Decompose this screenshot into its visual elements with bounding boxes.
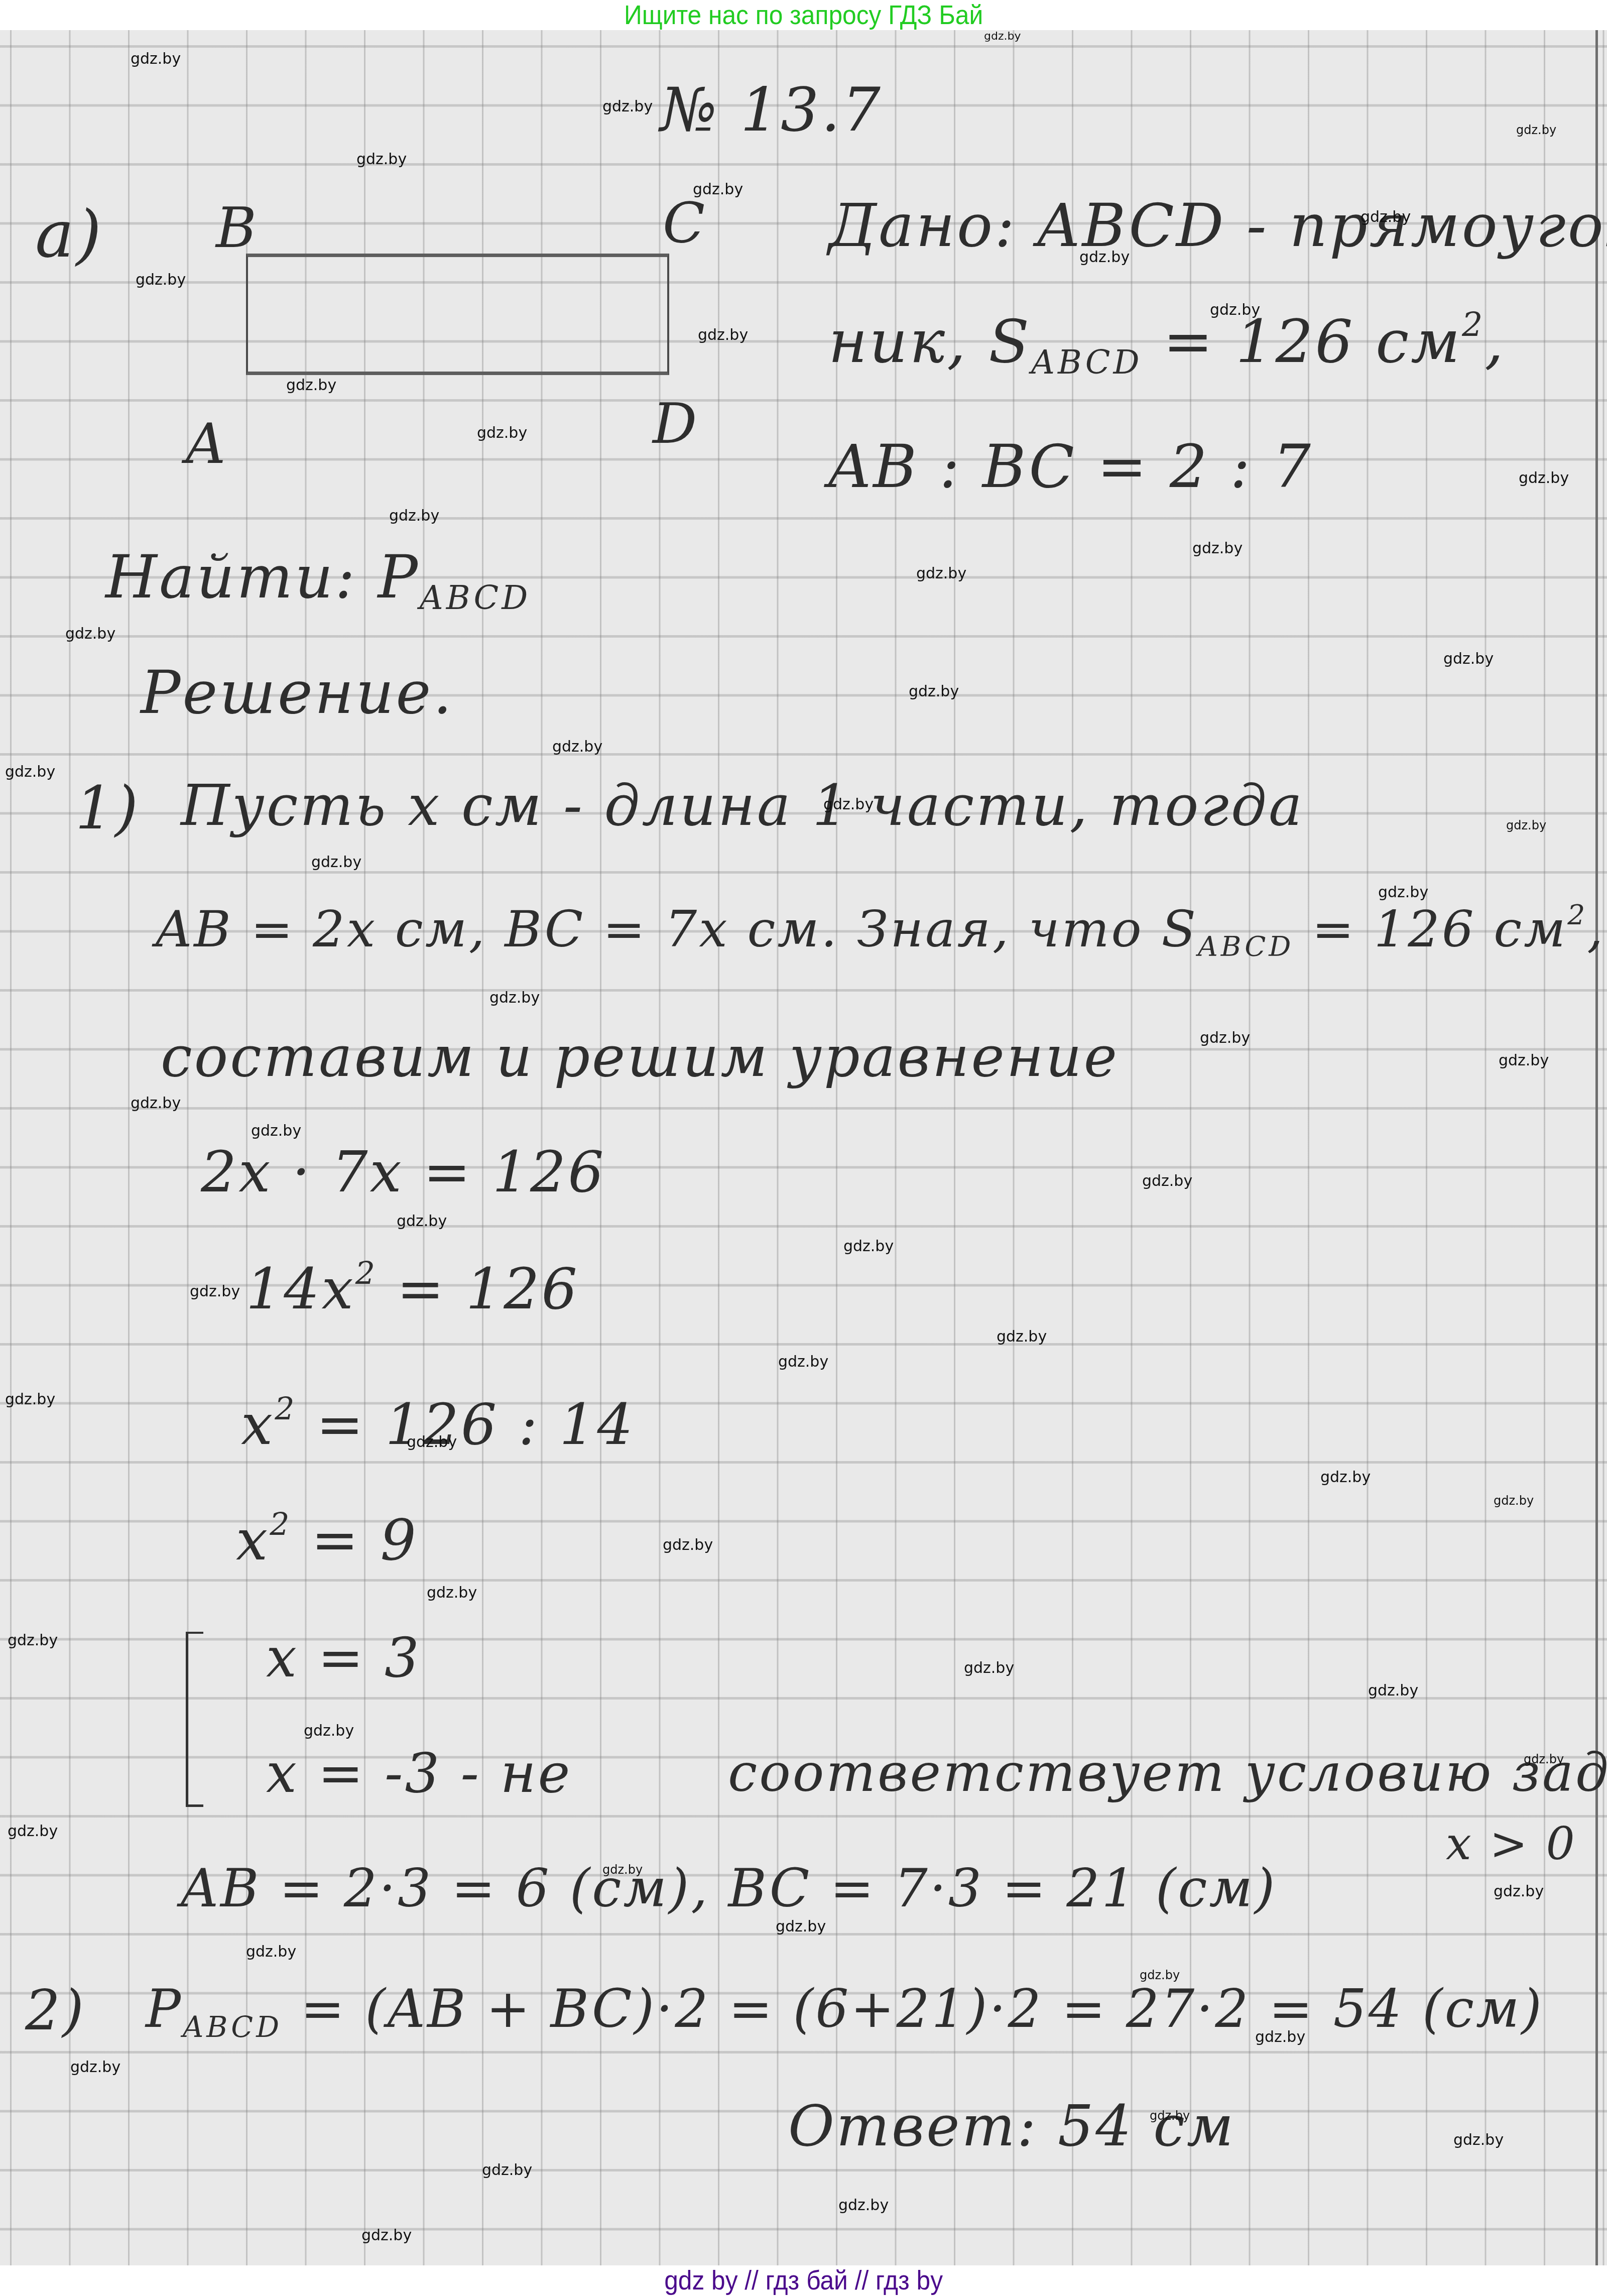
watermark: gdz.by [356, 151, 407, 168]
watermark: gdz.by [190, 1283, 240, 1300]
watermark: gdz.by [286, 377, 336, 394]
watermark: gdz.by [663, 1536, 713, 1554]
step2-number: 2) [25, 1978, 86, 2042]
watermark: gdz.by [1320, 1469, 1371, 1486]
sides-result: AB = 2·3 = 6 (см), BC = 7·3 = 21 (см) [181, 1858, 1277, 1919]
watermark: gdz.by [776, 1918, 826, 1936]
eq3-right: = 126 : 14 [296, 1392, 635, 1458]
watermark: gdz.by [698, 326, 748, 344]
watermark: gdz.by [843, 1238, 894, 1255]
given-line-2: ник, SABCD = 126 см2, [828, 306, 1506, 382]
watermark: gdz.by [1516, 123, 1556, 137]
given-ratio: AB : BC = 2 : 7 [828, 432, 1313, 501]
eq3-left: x [241, 1392, 275, 1458]
find-subscript: ABCD [420, 579, 531, 617]
root-2-note: соответствует условию задачи [728, 1742, 1607, 1803]
solution-set-bracket [186, 1632, 203, 1807]
watermark: gdz.by [1079, 249, 1130, 266]
watermark: gdz.by [65, 625, 115, 643]
find-line: Найти: PABCD [105, 542, 531, 617]
eq4-left: x [236, 1508, 270, 1573]
area-subscript: ABCD [1031, 344, 1142, 382]
step1-area-value: = 126 см [1294, 900, 1567, 958]
perimeter-subscript: ABCD [183, 2011, 282, 2044]
watermark: gdz.by [8, 1823, 58, 1840]
step1-line1: Пусть x см - длина 1 части, тогда [181, 773, 1304, 838]
watermark: gdz.by [5, 1391, 55, 1408]
vertex-d: D [653, 392, 699, 456]
bottom-banner: gdz by // гдз бай // гдз by [0, 2265, 1607, 2296]
find-symbol: P [378, 542, 419, 612]
area-power: 2 [1462, 306, 1485, 344]
rectangle-shape [246, 254, 669, 375]
watermark: gdz.by [70, 2059, 120, 2076]
root-1: x = 3 [266, 1627, 421, 1689]
watermark: gdz.by [311, 854, 361, 871]
watermark: gdz.by [1140, 1968, 1180, 1982]
problem-number: № 13.7 [660, 75, 883, 145]
watermark: gdz.by [361, 2227, 412, 2244]
watermark: gdz.by [1453, 2131, 1504, 2149]
top-banner: Ищите нас по запросу ГДЗ Бай [0, 0, 1607, 30]
site-links-text: gdz by // гдз бай // гдз by [664, 2265, 943, 2296]
condition-note: x > 0 [1446, 1818, 1577, 1870]
equation-1: 2x · 7x = 126 [201, 1140, 605, 1205]
equation-4: x2 = 9 [236, 1506, 418, 1573]
margin-line [1595, 30, 1598, 2265]
equation-2: 14x2 = 126 [246, 1255, 579, 1322]
area-value: = 126 см [1163, 307, 1462, 376]
perimeter-symbol: P [146, 1978, 183, 2039]
watermark: gdz.by [838, 2197, 889, 2214]
watermark: gdz.by [1200, 1029, 1250, 1047]
eq2-left: 14x [246, 1257, 355, 1322]
step1-sides-text: AB = 2x см, BC = 7x см. Зная, что S [156, 900, 1198, 958]
watermark: gdz.by [8, 1632, 58, 1649]
watermark: gdz.by [964, 1659, 1014, 1677]
step1-comma: , [1587, 900, 1605, 958]
watermark: gdz.by [136, 271, 186, 289]
eq4-right: = 9 [291, 1508, 418, 1573]
watermark: gdz.by [1361, 208, 1411, 226]
watermark: gdz.by [916, 565, 966, 582]
watermark: gdz.by [397, 1213, 447, 1230]
watermark: gdz.by [1519, 469, 1569, 487]
watermark: gdz.by [1210, 301, 1260, 319]
given-line-1: Дано: ABCD - прямоуголь- [828, 191, 1607, 260]
given-label: Дано: [828, 191, 1017, 260]
watermark: gdz.by [602, 98, 653, 115]
watermark: gdz.by [482, 2161, 532, 2179]
perimeter-expression: = (AB + BC)·2 = (6+21)·2 = 27·2 = 54 (см… [282, 1978, 1544, 2039]
step2-line: PABCD = (AB + BC)·2 = (6+21)·2 = 27·2 = … [146, 1978, 1544, 2044]
watermark: gdz.by [1499, 1052, 1549, 1069]
watermark: gdz.by [823, 796, 874, 813]
watermark: gdz.by [1506, 818, 1546, 832]
watermark: gdz.by [251, 1122, 301, 1140]
watermark: gdz.by [407, 1433, 457, 1451]
step1-area-sub: ABCD [1198, 930, 1294, 962]
vertex-b: B [216, 196, 259, 260]
watermark: gdz.by [1443, 650, 1494, 668]
watermark: gdz.by [1494, 1883, 1544, 1900]
watermark: gdz.by [1255, 2028, 1305, 2046]
watermark: gdz.by [1368, 1682, 1418, 1700]
watermark: gdz.by [304, 1722, 354, 1740]
step1-line3: составим и решим уравнение [161, 1024, 1119, 1090]
watermark: gdz.by [1142, 1172, 1192, 1190]
step1-number: 1) [75, 773, 140, 842]
solution-heading: Решение. [141, 658, 454, 727]
area-suffix: , [1485, 307, 1506, 376]
watermark: gdz.by [1494, 1494, 1534, 1508]
watermark: gdz.by [246, 1943, 296, 1961]
watermark: gdz.by [984, 30, 1021, 43]
watermark: gdz.by [693, 181, 743, 198]
area-symbol: S [988, 307, 1031, 376]
watermark: gdz.by [131, 1095, 181, 1112]
watermark: gdz.by [1192, 540, 1243, 557]
watermark: gdz.by [131, 50, 181, 68]
search-hint-text: Ищите нас по запросу ГДЗ Бай [624, 0, 983, 30]
step1-area-power: 2 [1567, 899, 1587, 931]
watermark: gdz.by [5, 763, 55, 781]
given-line2-prefix: ник, [828, 307, 968, 376]
eq3-power: 2 [275, 1391, 296, 1427]
answer: Ответ: 54 см [788, 2094, 1235, 2159]
step1-line2: AB = 2x см, BC = 7x см. Зная, что SABCD … [156, 899, 1605, 962]
eq2-right: = 126 [377, 1257, 579, 1322]
eq4-power: 2 [270, 1506, 291, 1542]
watermark: gdz.by [552, 738, 602, 756]
root-2: x = -3 - не [266, 1742, 572, 1805]
watermark: gdz.by [602, 1863, 643, 1877]
part-label: а) [35, 196, 103, 272]
watermark: gdz.by [778, 1353, 828, 1371]
watermark: gdz.by [1524, 1752, 1564, 1766]
watermark: gdz.by [1378, 884, 1428, 901]
vertex-a: A [186, 412, 227, 476]
watermark: gdz.by [477, 424, 527, 442]
watermark: gdz.by [389, 507, 439, 525]
watermark: gdz.by [909, 683, 959, 700]
watermark: gdz.by [427, 1584, 477, 1602]
watermark: gdz.by [489, 989, 540, 1007]
vertex-c: C [663, 191, 707, 255]
watermark: gdz.by [1150, 2109, 1190, 2123]
find-label: Найти: [105, 542, 357, 612]
eq2-power: 2 [355, 1255, 377, 1291]
watermark: gdz.by [997, 1328, 1047, 1346]
